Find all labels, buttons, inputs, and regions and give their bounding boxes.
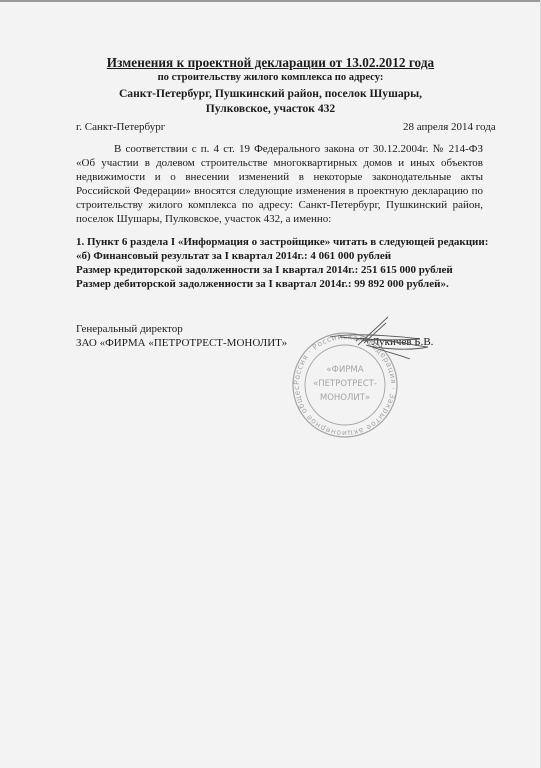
company-seal-stamp: Россия · Российская Федерация · Закрытое… [270, 315, 435, 440]
document-subtitle-line-3: Пулковское, участок 432 [0, 102, 541, 115]
signatory-company: ЗАО «ФИРМА «ПЕТРОТРЕСТ-МОНОЛИТ» [76, 336, 287, 350]
document-date: 28 апреля 2014 года [403, 121, 496, 133]
change-item-accounts-payable: Размер кредиторской задолженности за I к… [76, 263, 496, 277]
seal-circle-icon: Россия · Российская Федерация · Закрытое… [270, 315, 398, 438]
change-item-financial-result: «б) Финансовый результат за I квартал 20… [76, 249, 496, 263]
stamp-center-line-2: «ПЕТРОТРЕСТ- [313, 379, 377, 389]
change-item-heading: 1. Пункт 6 раздела I «Информация о застр… [76, 235, 496, 249]
document-subtitle-line-1: по строительству жилого комплекса по адр… [0, 72, 541, 83]
stamp-center-line-1: «ФИРМА [326, 365, 363, 375]
svg-text:Россия · Российская Федерация: Россия · Российская Федерация · Закрытое… [270, 315, 398, 438]
signatory-name: Лукичев Б.В. [372, 336, 433, 348]
document-title: Изменения к проектной декларации от 13.0… [0, 55, 541, 71]
scan-top-edge [0, 0, 541, 2]
change-item-accounts-receivable: Размер дебиторской задолженности за I кв… [76, 277, 496, 291]
signatory-position: Генеральный директор [76, 322, 287, 336]
body-paragraph: В соответствии с п. 4 ст. 19 Федеральног… [76, 142, 483, 227]
document-subtitle-line-2: Санкт-Петербург, Пушкинский район, посел… [0, 87, 541, 100]
signature-block: Генеральный директор ЗАО «ФИРМА «ПЕТРОТР… [76, 322, 287, 350]
changes-list: 1. Пункт 6 раздела I «Информация о застр… [76, 235, 496, 291]
stamp-center-line-3: МОНОЛИТ» [320, 393, 370, 403]
stamp-ring-text: Россия · Российская Федерация · Закрытое… [270, 315, 398, 438]
document-place: г. Санкт-Петербург [76, 121, 165, 133]
